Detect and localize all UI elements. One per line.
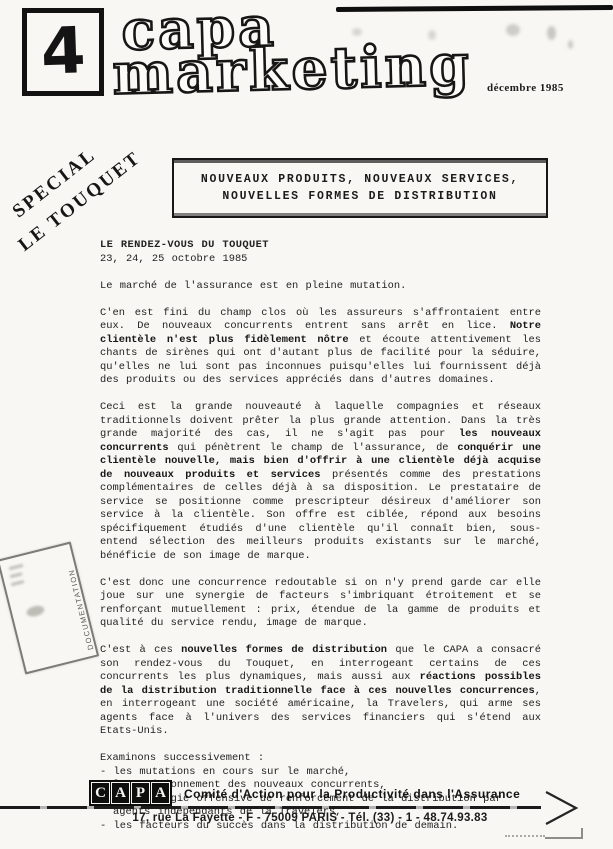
issue-date: décembre 1985	[487, 82, 564, 94]
arrow-right-icon	[538, 788, 582, 828]
newsletter-logo: capa marketing	[111, 0, 473, 103]
stamp-smudge	[11, 580, 24, 586]
capa-logo-letter: P	[131, 782, 150, 804]
headline-line-1: NOUVEAUX PRODUITS, NOUVEAUX SERVICES,	[174, 171, 546, 188]
article-body: LE RENDEZ-VOUS DU TOUQUET 23, 24, 25 oct…	[100, 239, 541, 833]
stamp-smudge	[9, 564, 23, 570]
list-intro: Examinons successivement :	[100, 752, 541, 766]
footer-rule	[0, 806, 541, 809]
stamp-smudge	[25, 604, 45, 618]
paragraph: Ceci est la grande nouveauté à laquelle …	[100, 401, 541, 563]
organization-name: Comité d'Action pour la Productivité dan…	[184, 787, 520, 801]
article-subtitle: 23, 24, 25 octobre 1985	[100, 253, 541, 267]
logo-line-marketing: marketing	[112, 36, 473, 102]
stamp-text: DOCUMENTATION	[61, 548, 95, 651]
handwriting-smudge	[547, 26, 556, 40]
paragraph: Le marché de l'assurance est en pleine m…	[100, 280, 541, 294]
address-line: 17, rue La Fayette - F - 75009 PARIS - T…	[108, 812, 512, 824]
handwriting-smudge	[568, 40, 573, 49]
issue-number: 4	[40, 19, 87, 85]
capa-logo-letter: A	[151, 782, 170, 804]
scan-artifact-dots	[505, 835, 545, 837]
paragraph: C'est donc une concurrence redoutable si…	[100, 577, 541, 631]
headline-box: NOUVEAUX PRODUITS, NOUVEAUX SERVICES, NO…	[172, 158, 548, 218]
newsletter-page: 4 capa marketing décembre 1985 SPECIAL L…	[0, 0, 613, 849]
headline-line-2: NOUVELLES FORMES DE DISTRIBUTION	[174, 188, 546, 205]
capa-logo-letter: C	[91, 782, 110, 804]
stamp-smudge	[10, 572, 22, 578]
scan-artifact-corner	[545, 828, 583, 839]
documentation-stamp: DOCUMENTATION	[0, 542, 99, 675]
paragraph: C'en est fini du champ clos où les assur…	[100, 307, 541, 388]
article-title: LE RENDEZ-VOUS DU TOUQUET	[100, 239, 541, 253]
capa-logo: C A P A	[89, 780, 172, 806]
paragraph: C'est à ces nouvelles formes de distribu…	[100, 644, 541, 739]
handwriting-smudge	[506, 24, 520, 36]
issue-number-box: 4	[22, 8, 104, 96]
capa-logo-letter: A	[111, 782, 130, 804]
list-item: - les mutations en cours sur le marché,	[100, 766, 541, 780]
